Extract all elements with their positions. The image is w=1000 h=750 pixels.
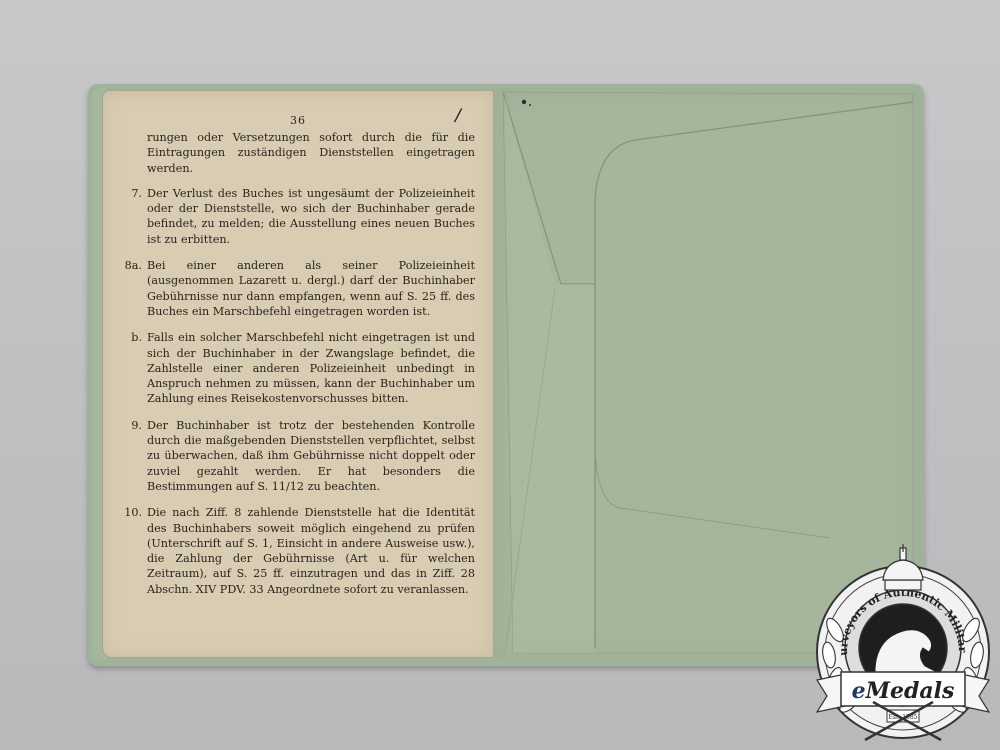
ink-spots [520, 98, 540, 110]
paragraph-8a: 8a. Bei einer anderen als seiner Polizei… [147, 258, 475, 319]
paragraph-continued: rungen oder Versetzungen sofort durch di… [147, 130, 475, 176]
paragraph-8b: b. Falls ein solcher Marschbefehl nicht … [147, 330, 475, 406]
paragraph-7: 7. Der Verlust des Buches ist ungesäumt … [147, 186, 475, 247]
left-page: 36 / rungen oder Versetzungen sofort dur… [102, 90, 494, 658]
emedals-watermark-logo: Purveyors of Authentic Militaria eMedals… [805, 540, 1000, 750]
page-number: 36 [103, 114, 493, 127]
regulation-text: rungen oder Versetzungen sofort durch di… [147, 130, 475, 608]
paragraph-10: 10. Die nach Ziff. 8 zahlende Dienststel… [147, 505, 475, 597]
paragraph-9: 9. Der Buchinhaber ist trotz der bestehe… [147, 418, 475, 494]
svg-text:eMedals: eMedals [852, 678, 955, 704]
